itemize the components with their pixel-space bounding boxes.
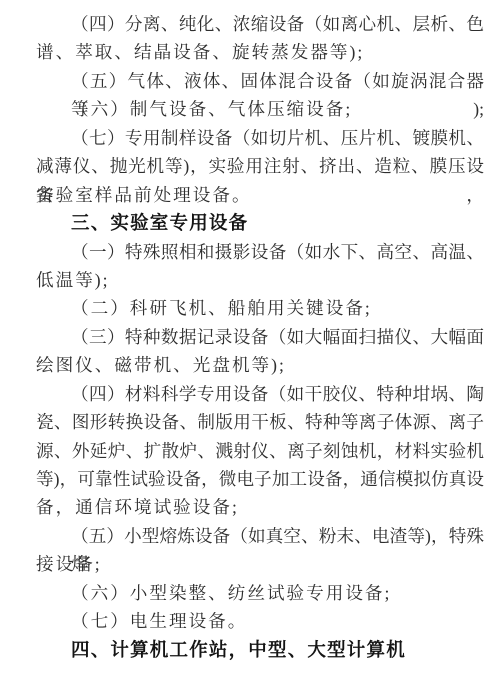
text-line: （三）特种数据记录设备（如大幅面扫描仪、大幅面: [36, 323, 484, 351]
text-line: （七）电生理设备。: [36, 607, 484, 635]
text-line: （四）材料科学专用设备（如干胶仪、特种坩埚、陶: [36, 380, 484, 408]
text-line: 绘图仪、磁带机、光盘机等);: [36, 351, 484, 379]
text-line: 源、外延炉、扩散炉、溅射仪、离子刻蚀机，材料实验机: [36, 437, 484, 465]
text-line: 瓷、图形转换设备、制版用干板、特种等离子体源、离子: [36, 408, 484, 436]
text-line: （五）小型熔炼设备（如真空、粉末、电渣等)，特殊焊: [36, 522, 484, 550]
text-line: （五）气体、液体、固体混合设备（如旋涡混合器等);: [36, 67, 484, 95]
text-line: 备，通信环境试验设备;: [36, 493, 484, 521]
text-line: 等)，可靠性试验设备，微电子加工设备，通信模拟仿真设: [36, 465, 484, 493]
section-heading: 四、计算机工作站，中型、大型计算机: [36, 636, 484, 664]
text-line: 接设备;: [36, 550, 484, 578]
section-heading: 三、实验室专用设备: [36, 209, 484, 237]
text-line: 减薄仪、抛光机等)，实验用注射、挤出、造粒、膜压设备，: [36, 152, 484, 180]
text-line: （一）特殊照相和摄影设备（如水下、高空、高温、: [36, 238, 484, 266]
text-line: 低温等);: [36, 266, 484, 294]
document-text-block: （四）分离、纯化、浓缩设备（如离心机、层析、色谱、萃取、结晶设备、旋转蒸发器等)…: [36, 10, 484, 664]
text-line: （六）小型染整、纺丝试验专用设备;: [36, 579, 484, 607]
document-page: （四）分离、纯化、浓缩设备（如离心机、层析、色谱、萃取、结晶设备、旋转蒸发器等)…: [0, 0, 503, 673]
text-line: 谱、萃取、结晶设备、旋转蒸发器等);: [36, 38, 484, 66]
text-line: （四）分离、纯化、浓缩设备（如离心机、层析、色: [36, 10, 484, 38]
text-line: （七）专用制样设备（如切片机、压片机、镀膜机、: [36, 124, 484, 152]
text-line: （二）科研飞机、船舶用关键设备;: [36, 294, 484, 322]
